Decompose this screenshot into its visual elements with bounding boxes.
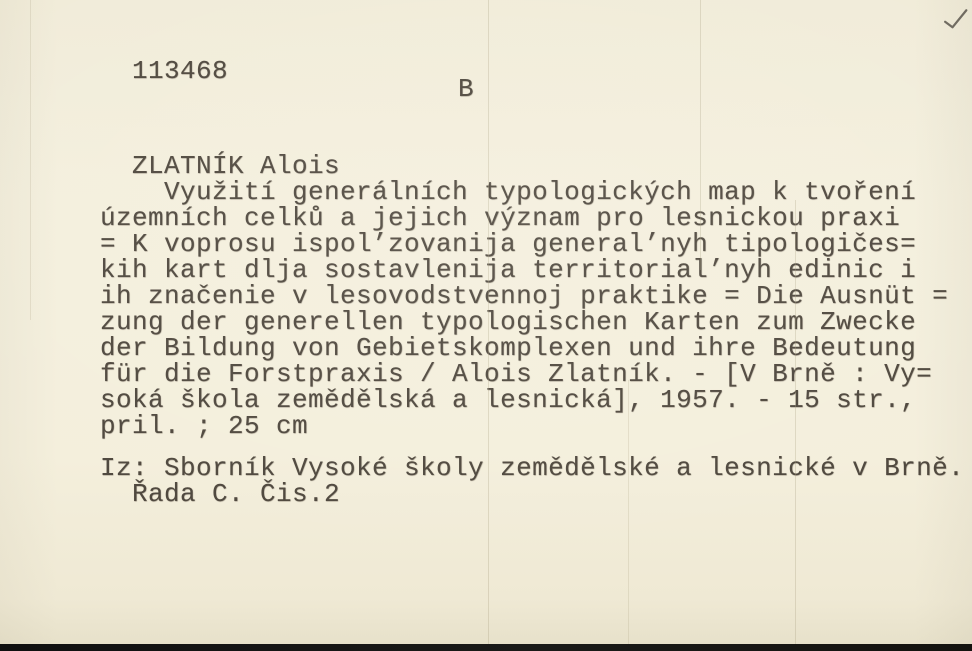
catalog-card-scan: 113468 B ZLATNÍK Alois Využití generální… — [0, 0, 972, 651]
accession-number: 113468 — [132, 58, 228, 84]
paper-crease — [30, 0, 31, 320]
check-mark-icon — [941, 7, 971, 33]
scan-bottom-edge — [0, 644, 972, 651]
section-letter: B — [458, 76, 474, 102]
source-note-text: Iz: Sborník Vysoké školy zemědělské a le… — [100, 455, 964, 507]
catalog-entry-text: ZLATNÍK Alois Využití generálních typolo… — [100, 153, 948, 439]
